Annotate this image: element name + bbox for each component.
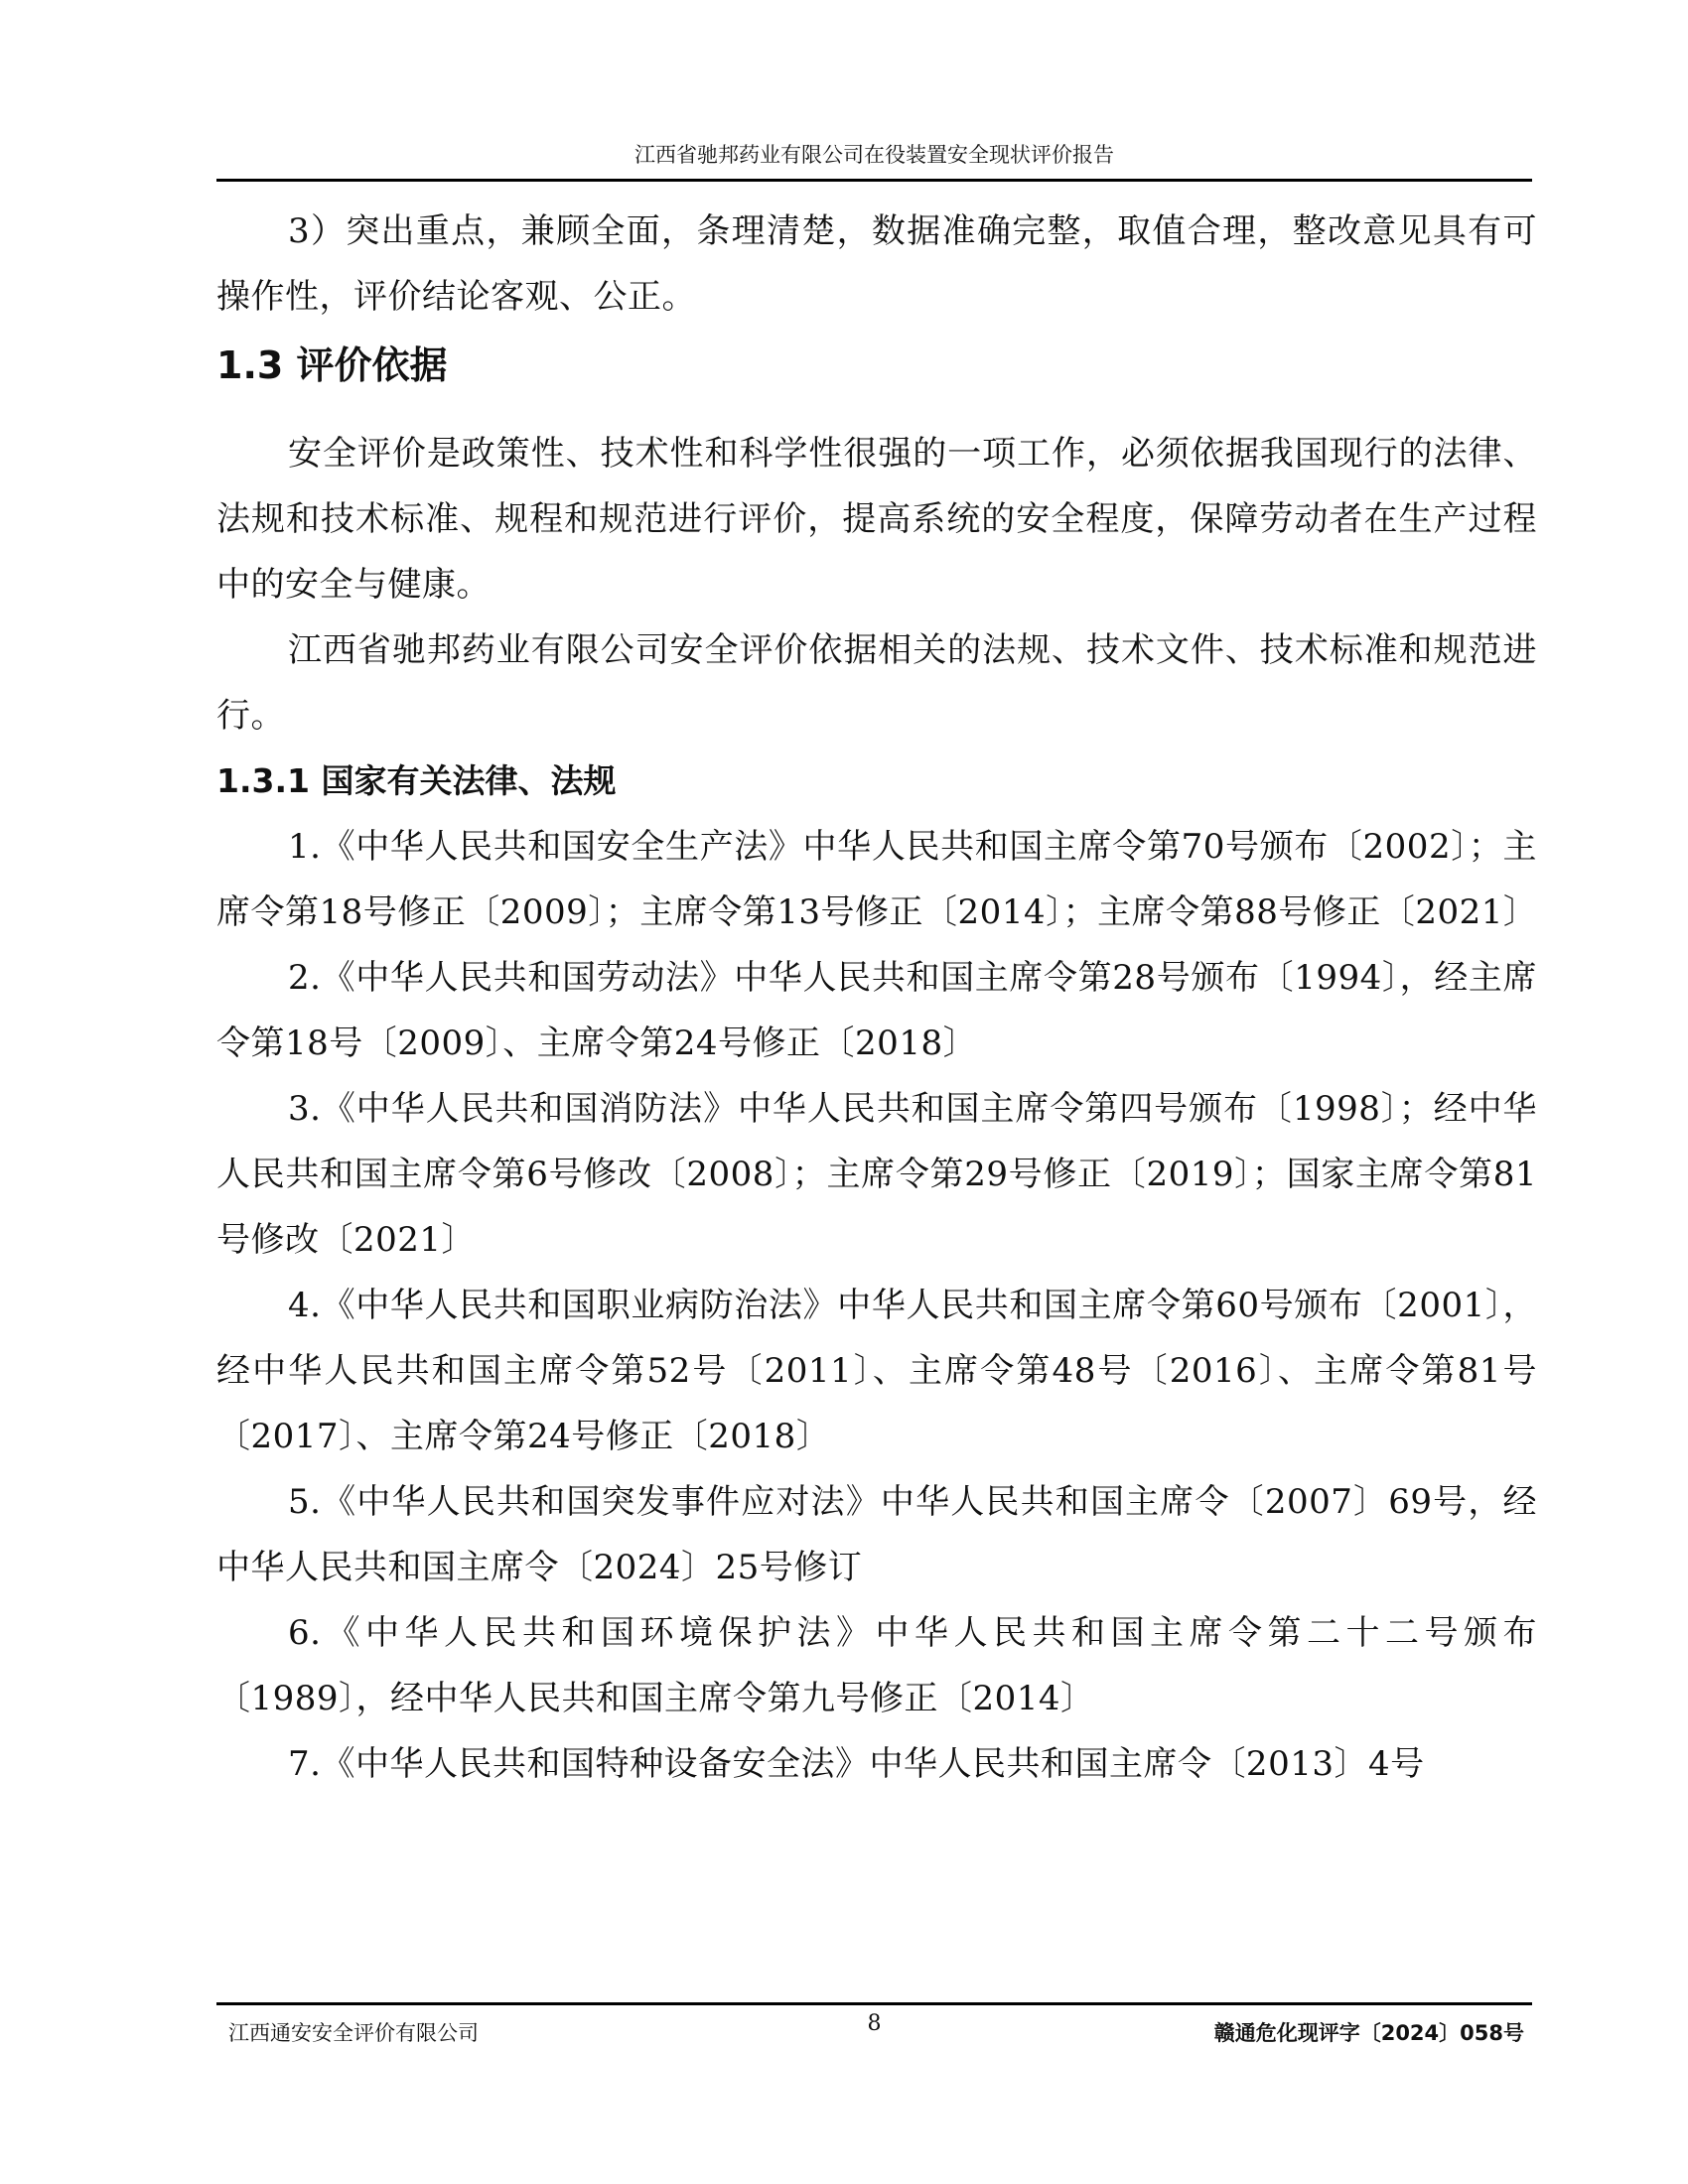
principle-item-3: 3）突出重点，兼顾全面，条理清楚，数据准确完整，取值合理，整改意见具有可操作性，… [216,199,1537,330]
law-item-2: 2.《中华人民共和国劳动法》中华人民共和国主席令第28号颁布〔1994〕，经主席… [216,945,1537,1076]
law-item-3: 3.《中华人民共和国消防法》中华人民共和国主席令第四号颁布〔1998〕；经中华人… [216,1076,1537,1273]
header-divider [216,179,1532,182]
law-item-7: 7.《中华人民共和国特种设备安全法》中华人民共和国主席令〔2013〕4号 [216,1731,1537,1797]
intro-paragraph-1: 安全评价是政策性、技术性和科学性很强的一项工作，必须依据我国现行的法律、法规和技… [216,421,1537,617]
section-heading-1-3: 1.3 评价依据 [216,330,1537,421]
footer-company: 江西通安安全评价有限公司 [228,2017,479,2047]
subsection-heading-1-3-1: 1.3.1 国家有关法律、法规 [216,749,1537,814]
law-item-4: 4.《中华人民共和国职业病防治法》中华人民共和国主席令第60号颁布〔2001〕，… [216,1273,1537,1469]
law-list: 1.《中华人民共和国安全生产法》中华人民共和国主席令第70号颁布〔2002〕；主… [216,814,1537,1797]
law-item-5: 5.《中华人民共和国突发事件应对法》中华人民共和国主席令〔2007〕69号，经中… [216,1469,1537,1600]
footer-divider [216,2002,1532,2005]
page-footer: 江西通安安全评价有限公司 8 赣通危化现评字〔2024〕058号 [216,2011,1532,2051]
law-item-1: 1.《中华人民共和国安全生产法》中华人民共和国主席令第70号颁布〔2002〕；主… [216,814,1537,945]
intro-paragraph-2: 江西省驰邦药业有限公司安全评价依据相关的法规、技术文件、技术标准和规范进行。 [216,617,1537,749]
law-item-6: 6.《中华人民共和国环境保护法》中华人民共和国主席令第二十二号颁布〔1989〕，… [216,1600,1537,1731]
page-content: 3）突出重点，兼顾全面，条理清楚，数据准确完整，取值合理，整改意见具有可操作性，… [216,199,1537,1797]
footer-document-number: 赣通危化现评字〔2024〕058号 [1214,2017,1524,2047]
page-header-title: 江西省驰邦药业有限公司在役装置安全现状评价报告 [216,139,1532,171]
